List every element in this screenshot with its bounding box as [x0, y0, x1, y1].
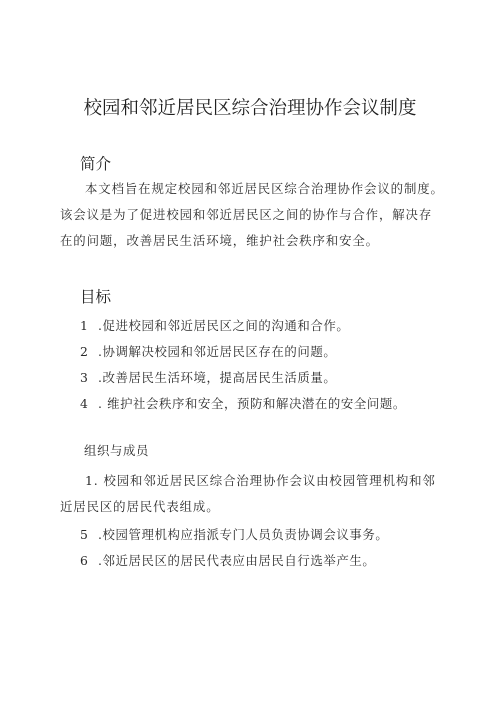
goal-number: 1	[80, 318, 98, 333]
goal-text: . 维护社会秩序和安全，预防和解决潜在的安全问题。	[98, 396, 406, 411]
document-title: 校园和邻近居民区综合治理协作会议制度	[0, 94, 500, 120]
intro-heading: 简介	[80, 152, 111, 174]
goal-text: .促进校园和邻近居民区之间的沟通和合作。	[98, 318, 349, 333]
goal-item: 4. 维护社会秩序和安全，预防和解决潜在的安全问题。	[80, 394, 406, 412]
goal-item: 1.促进校园和邻近居民区之间的沟通和合作。	[80, 316, 349, 334]
organization-item: 6.邻近居民区的居民代表应由居民自行选举产生。	[80, 551, 375, 569]
intro-paragraph: 本文档旨在规定校园和邻近居民区综合治理协作会议的制度。该会议是为了促进校园和邻近…	[60, 176, 445, 254]
organization-item: 5.校园管理机构应指派专门人员负责协调会议事务。	[80, 525, 388, 543]
organization-item-1: 1. 校园和邻近居民区综合治理协作会议由校园管理机构和邻近居民区的居民代表组成。	[60, 468, 445, 520]
goal-text: .改善居民生活环境，提高居民生活质量。	[98, 370, 336, 385]
goal-item: 3.改善居民生活环境，提高居民生活质量。	[80, 368, 336, 386]
organization-heading: 组织与成员	[84, 441, 149, 459]
organization-text: .邻近居民区的居民代表应由居民自行选举产生。	[98, 553, 375, 568]
organization-text: .校园管理机构应指派专门人员负责协调会议事务。	[98, 527, 388, 542]
goal-item: 2.协调解决校园和邻近居民区存在的问题。	[80, 342, 336, 360]
organization-number: 6	[80, 553, 98, 568]
goal-number: 2	[80, 344, 98, 359]
goal-number: 4	[80, 396, 98, 411]
goal-text: .协调解决校园和邻近居民区存在的问题。	[98, 344, 336, 359]
goals-heading: 目标	[80, 285, 111, 307]
document-page: 校园和邻近居民区综合治理协作会议制度 简介 本文档旨在规定校园和邻近居民区综合治…	[0, 0, 500, 707]
organization-number: 5	[80, 527, 98, 542]
goal-number: 3	[80, 370, 98, 385]
